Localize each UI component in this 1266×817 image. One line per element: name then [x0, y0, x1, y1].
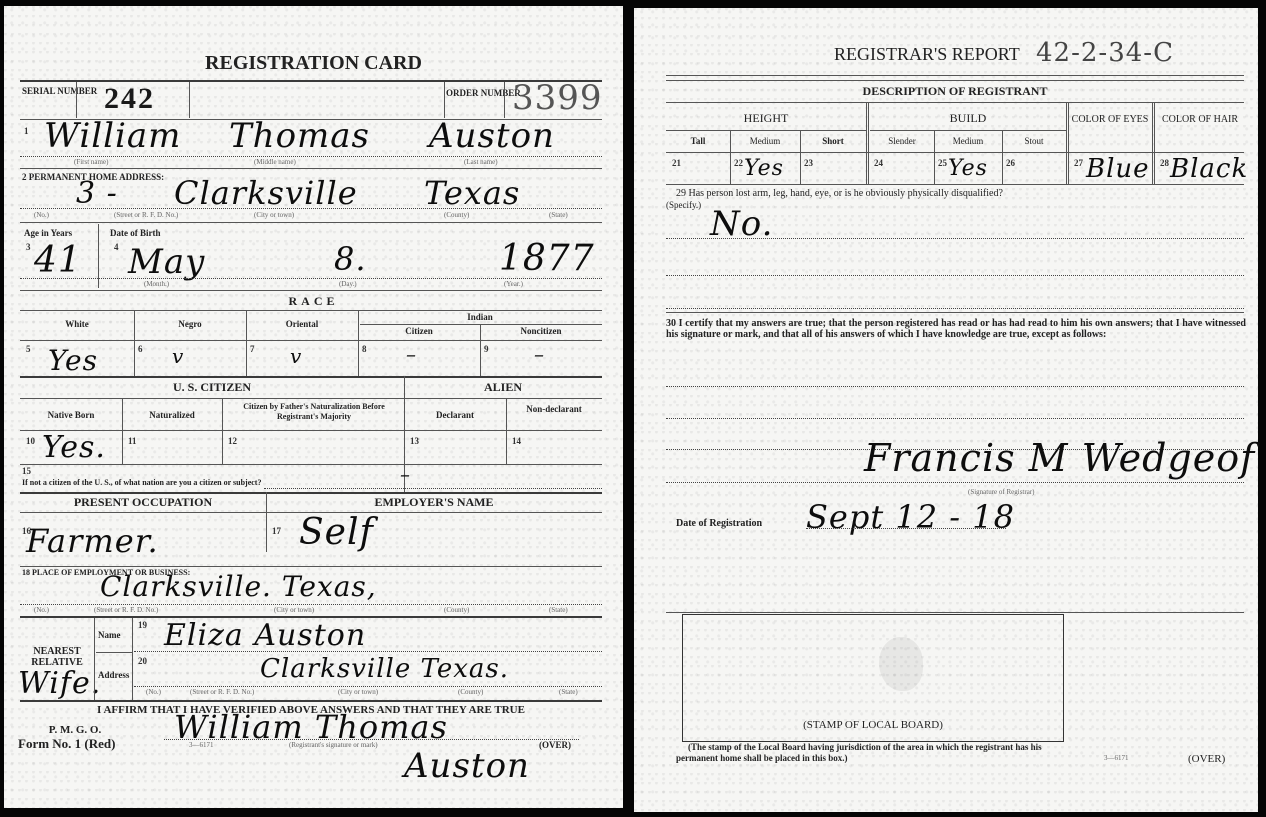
report-title: REGISTRAR'S REPORT [834, 44, 1020, 65]
relative-name: Eliza Auston [164, 618, 366, 653]
q29-text: 29 Has person lost arm, leg, hand, eye, … [676, 188, 1003, 199]
build-medium-value: Yes [948, 156, 988, 181]
over-label: (OVER) [539, 740, 571, 750]
race-white-value: Yes [48, 344, 98, 377]
serial-number-label: SERIAL NUMBER [22, 86, 72, 96]
middle-name: Thomas [229, 116, 370, 156]
order-number-label: ORDER NUMBER [446, 88, 500, 98]
registrar-signature: Francis M Wedgeof [864, 436, 1255, 480]
over-label-back: (OVER) [1188, 753, 1225, 765]
order-number: 3399 [512, 78, 603, 118]
address-county: Texas [424, 174, 520, 212]
card-title: REGISTRATION CARD [4, 52, 623, 75]
serial-number: 242 [104, 82, 155, 116]
eye-color-value: Blue [1086, 154, 1150, 184]
occupation-value: Farmer. [26, 522, 159, 560]
registration-date: Sept 12 - 18 [806, 498, 1015, 536]
nearest-relative-label: NEAREST RELATIVE [20, 646, 94, 668]
first-name: William [44, 116, 181, 156]
relative-address: Clarksville Texas. [260, 654, 509, 684]
native-born-value: Yes. [42, 430, 106, 465]
relative-relation: Wife. [18, 666, 101, 701]
stamp-box: (STAMP OF LOCAL BOARD) [682, 614, 1064, 742]
stamp-label: (STAMP OF LOCAL BOARD) [683, 719, 1063, 731]
q30-text: 30 I certify that my answers are true; t… [666, 318, 1246, 340]
q15-text: If not a citizen of the U. S., of what n… [22, 478, 261, 487]
birth-year: 1877 [499, 238, 595, 279]
last-name: Auston [429, 116, 555, 156]
file-annotation: 42-2-34-C [1036, 38, 1174, 68]
faded-stamp-icon [879, 637, 923, 691]
hair-color-value: Black [1170, 154, 1248, 184]
registration-card-front: REGISTRATION CARD SERIAL NUMBER 242 ORDE… [4, 6, 623, 808]
stamp-note: (The stamp of the Local Board having jur… [676, 742, 1076, 764]
address-number: 3 - [76, 176, 118, 211]
date-label: Date of Registration [676, 518, 762, 529]
form-id: Form No. 1 (Red) [18, 736, 115, 752]
address-city: Clarksville [174, 174, 358, 212]
registrars-report-back: REGISTRAR'S REPORT 42-2-34-C DESCRIPTION… [634, 8, 1258, 812]
registrant-signature-cont: Auston [404, 746, 530, 786]
birth-day: 8. [334, 240, 367, 278]
employer-value: Self [299, 512, 374, 553]
employment-place-value: Clarksville. Texas, [100, 570, 377, 603]
race-title: RACE [4, 294, 623, 309]
description-title: DESCRIPTION OF REGISTRANT [666, 84, 1244, 99]
height-medium-value: Yes [744, 156, 784, 181]
age-value: 41 [34, 240, 82, 281]
birth-month: May [128, 242, 205, 282]
